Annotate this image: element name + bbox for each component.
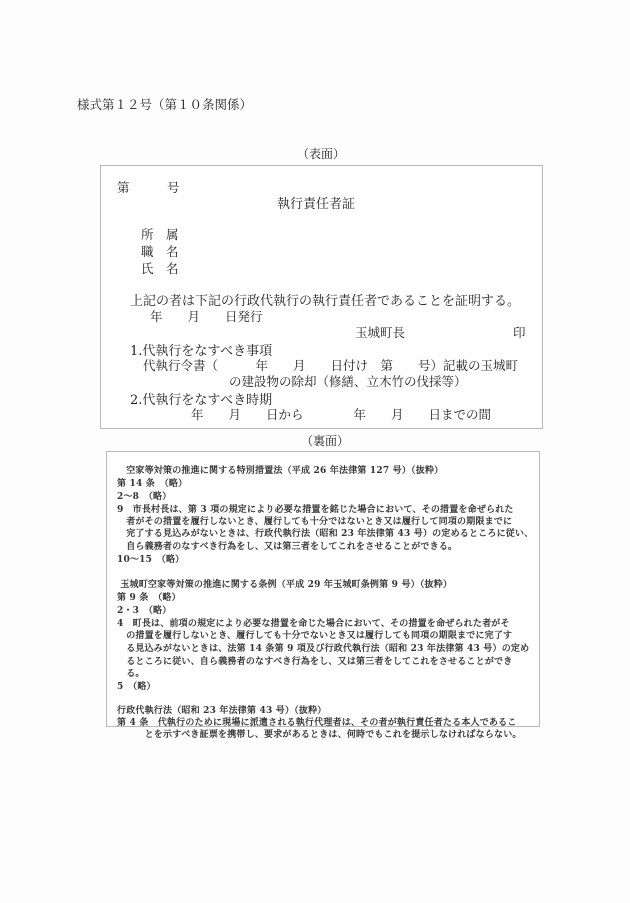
back-line: の措置を履行しないとき、履行しても十分でないとき又は履行しても同項の期限までに完… xyxy=(117,628,512,641)
back-line: る見込みがないときは、法第 14 条第 9 項及び行政代執行法（昭和 23 年法… xyxy=(117,641,529,654)
back-line: る。 xyxy=(117,666,145,679)
seal-mark: 印 xyxy=(513,323,526,341)
number-prefix: 第 xyxy=(117,178,130,196)
back-line: 5 （略） xyxy=(117,679,156,692)
issue-date: 年 月 日発行 xyxy=(150,307,263,325)
field-position: 職 名 xyxy=(141,242,179,260)
card-title: 執行責任者証 xyxy=(277,193,355,212)
front-side-label: （表面） xyxy=(297,145,345,162)
back-card: 空家等対策の推進に関する特別措置法（平成 26 年法律第 127 号）（抜粋） … xyxy=(106,451,540,727)
number-suffix: 号 xyxy=(167,178,180,196)
back-line: とを示すべき証票を携帯し、要求があるときは、何時でもこれを提示しなければならない… xyxy=(117,727,522,740)
back-line: 完了する見込みがないときは、行政代執行法（昭和 23 年法律第 43 号）の定め… xyxy=(117,526,533,539)
back-line: るところに従い、自ら義務者のなすべき行為をし、又は第三者をしてこれをさせることが… xyxy=(117,654,512,667)
back-line: 第 14 条 （略） xyxy=(117,476,187,489)
back-line: 自ら義務者のなすべき行為をし、又は第三者をしてこれをさせることができる。 xyxy=(117,539,457,552)
field-name: 氏 名 xyxy=(141,259,179,277)
front-card: 第 号 執行責任者証 所 属 職 名 氏 名 上記の者は下記の行政代執行の執行責… xyxy=(100,165,543,429)
back-line: 2・3 （略） xyxy=(117,603,171,616)
field-affiliation: 所 属 xyxy=(141,225,179,243)
back-line: 10～15 （略） xyxy=(117,552,184,565)
issuer: 玉城町長 xyxy=(355,323,405,341)
item2-line1: 年 月 日から 年 月 日までの間 xyxy=(191,405,491,423)
form-number: 様式第１２号（第１０条関係） xyxy=(77,95,252,113)
back-line: 第 9 条 （略） xyxy=(117,590,181,603)
item1-line2: の建設物の除却（修繕、立木竹の伐採等） xyxy=(229,372,467,390)
back-side-label: （裏面） xyxy=(301,432,349,449)
back-line: 空家等対策の推進に関する特別措置法（平成 26 年法律第 127 号）（抜粋） xyxy=(117,463,443,476)
back-line: 2～8 （略） xyxy=(117,489,171,502)
back-line: 玉城町空家等対策の推進に関する条例（平成 29 年玉城町条例第 9 号）（抜粋） xyxy=(117,577,452,590)
